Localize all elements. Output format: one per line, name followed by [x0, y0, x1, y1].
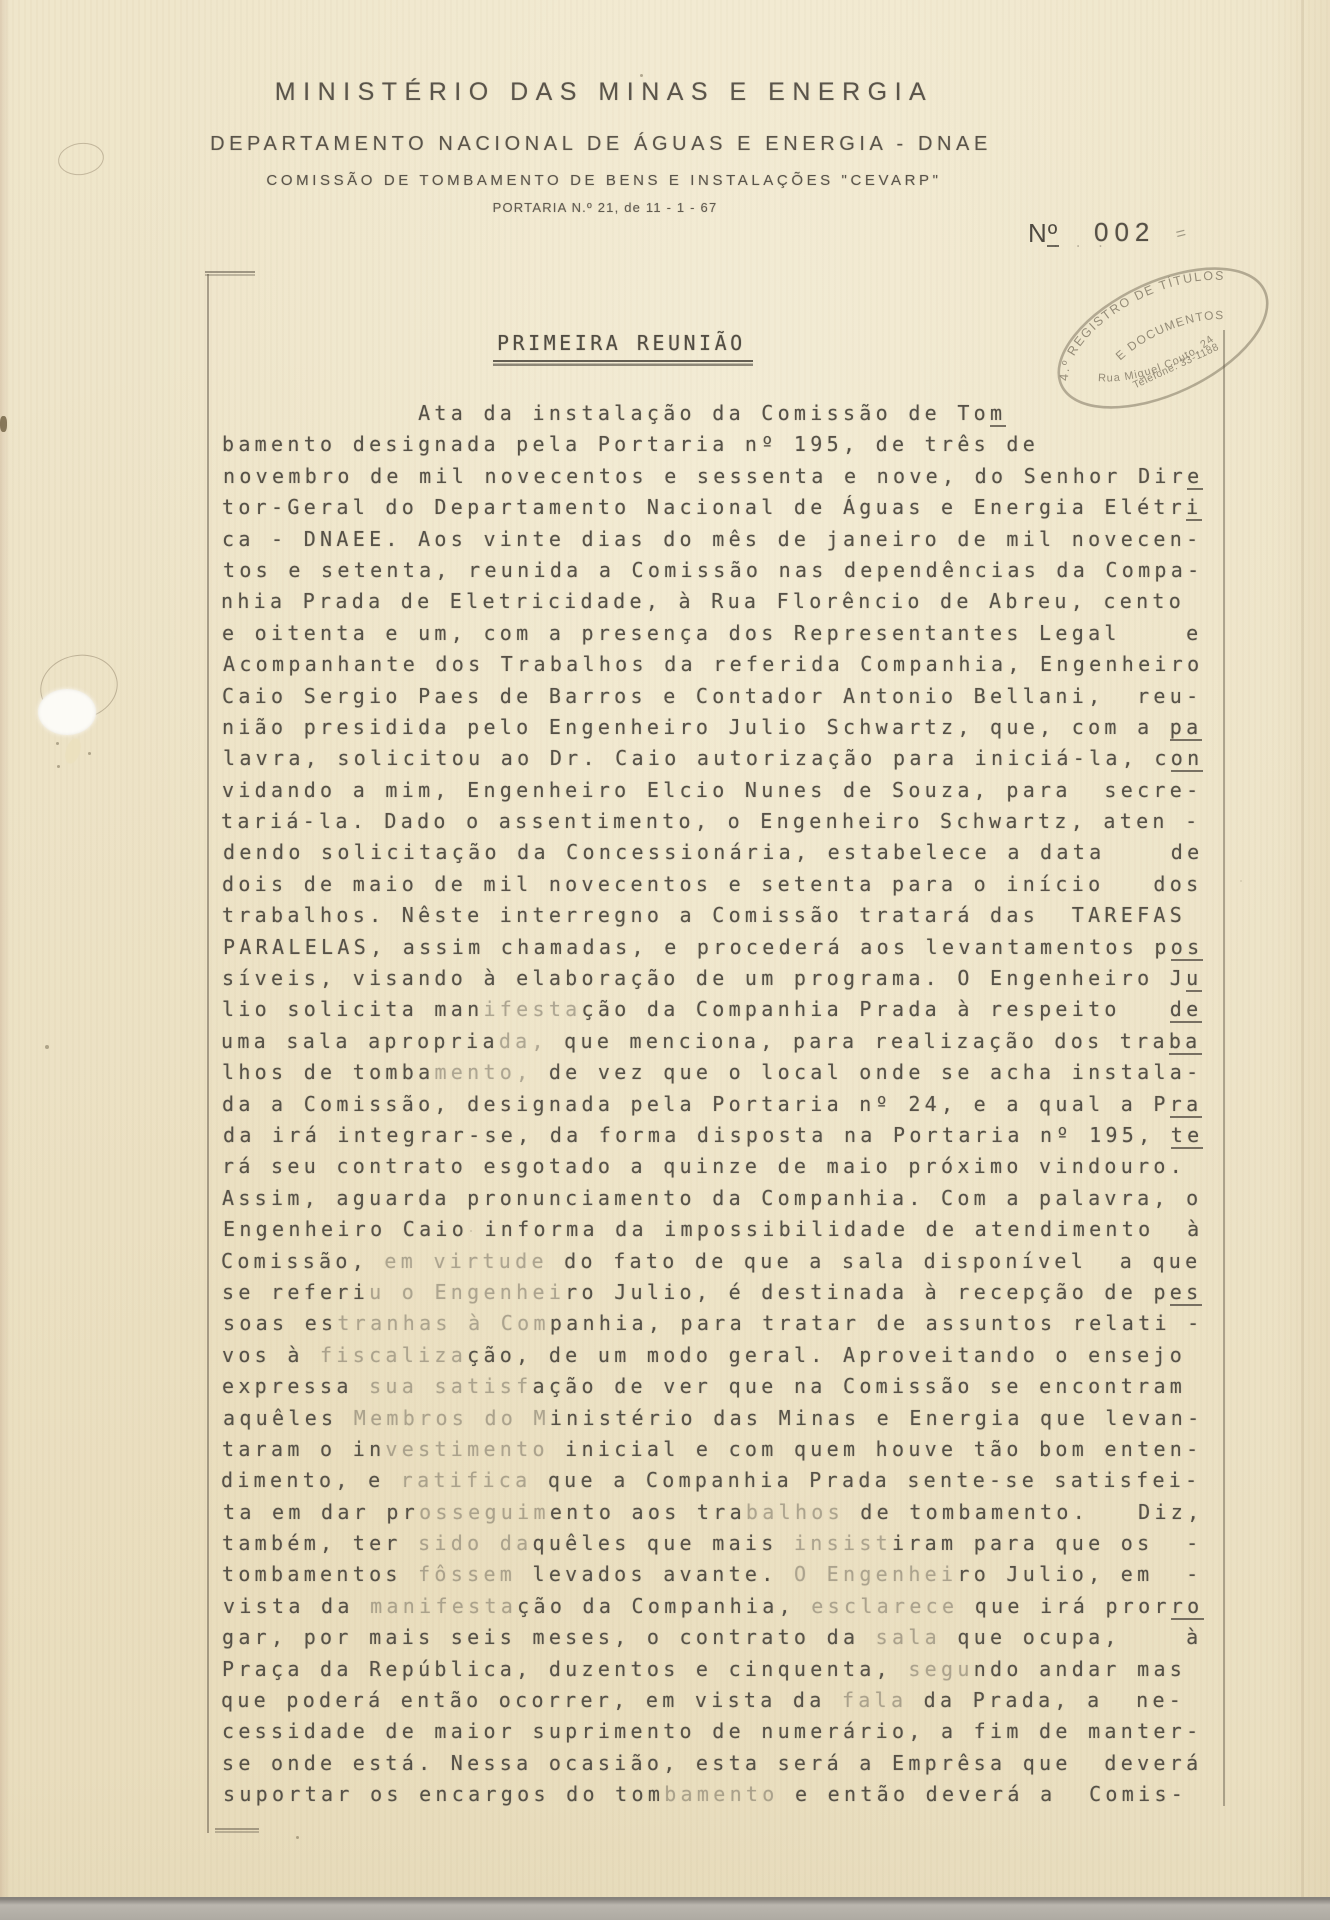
body-line: Ata da instalação da Comissão de Tom	[222, 398, 1203, 429]
hyphenation-underline: e	[1187, 464, 1203, 490]
body-line: da irá integrar-se, da forma disposta na…	[223, 1120, 1204, 1151]
text-segment: quêles que mais	[532, 1531, 793, 1555]
body-line: lhos de tombamento, de vez que o local o…	[222, 1057, 1203, 1088]
body-line: também, ter sido daquêles que mais insis…	[222, 1528, 1203, 1559]
punch-hole	[38, 689, 96, 735]
text-segment: tombamentos	[222, 1562, 418, 1586]
hyphenation-underline: os	[1171, 935, 1204, 961]
faded-text: balhos	[746, 1500, 844, 1524]
speck	[45, 1045, 49, 1049]
body-line: rá seu contrato esgotado a quinze de mai…	[222, 1151, 1203, 1182]
text-segment: lio solicita man	[222, 997, 483, 1021]
punch-hole-chad	[62, 736, 83, 765]
text-segment: lhos de tomba	[222, 1060, 434, 1084]
ink-speck	[0, 416, 7, 432]
faded-text: u o Engenhei	[369, 1280, 565, 1304]
text-segment: rá seu contrato esgotado a quinze de mai…	[222, 1154, 1186, 1178]
text-segment: suportar os encargos do tom	[223, 1782, 664, 1806]
text-segment: dimento, e	[221, 1468, 401, 1492]
text-segment: que a Companhia Prada sente-se satisfei-	[532, 1468, 1202, 1492]
text-segment: panhia, para tratar de assuntos relati -	[550, 1311, 1204, 1335]
text-segment: ento aos tra	[550, 1500, 746, 1524]
hyphenation-underline: es	[1170, 1280, 1203, 1306]
body-line: ta em dar prosseguimento aos trabalhos d…	[223, 1497, 1204, 1528]
hyphenation-underline: on	[1171, 746, 1204, 772]
text-segment: síveis, visando à elaboração de um progr…	[222, 966, 1186, 990]
body-line: Praça da República, duzentos e cinquenta…	[222, 1654, 1203, 1685]
text-segment: vidando a mim, Engenheiro Elcio Nunes de…	[222, 778, 1202, 802]
letterhead-portaria: PORTARIA N.º 21, de 11 - 1 - 67	[493, 200, 718, 215]
document-title: PRIMEIRA REUNIÃO	[497, 331, 746, 355]
text-segment: que ocupa, à	[941, 1625, 1202, 1649]
body-line: dendo solicitação da Concessionária, est…	[223, 837, 1204, 868]
text-segment: inistério das Minas e Energia que levan-	[550, 1406, 1204, 1430]
body-line: dois de maio de mil novecentos e setenta…	[222, 869, 1203, 900]
body-line: Acompanhante dos Trabalhos da referida C…	[223, 649, 1204, 680]
text-segment: PARALELAS, assim chamadas, e procederá a…	[223, 935, 1171, 959]
body-line: que poderá então ocorrer, em vista da fa…	[221, 1685, 1202, 1716]
body-line: tos e setenta, reunida a Comissão nas de…	[223, 555, 1204, 586]
body-line: nião presidida pelo Engenheiro Julio Sch…	[222, 712, 1203, 743]
body-line: e oitenta e um, com a presença dos Repre…	[222, 618, 1203, 649]
faded-text: sua satisf	[369, 1374, 532, 1398]
speck	[57, 765, 60, 768]
hyphenation-underline: ra	[1170, 1092, 1203, 1118]
text-segment: que poderá então ocorrer, em vista da	[221, 1688, 842, 1712]
text-segment: de tombamento. Diz,	[844, 1500, 1204, 1524]
faded-text: osseguim	[419, 1500, 550, 1524]
body-line: nhia Prada de Eletricidade, à Rua Florên…	[221, 586, 1202, 617]
text-segment: Acompanhante dos Trabalhos da referida C…	[223, 652, 1203, 676]
letterhead-ministry: MINISTÉRIO DAS MINAS E ENERGIA	[275, 78, 933, 107]
text-segment: inicial e com quem houve tão bom enten-	[549, 1437, 1203, 1461]
body-line: expressa sua satisfação de ver que na Co…	[222, 1371, 1203, 1402]
letterhead-department: DEPARTAMENTO NACIONAL DE ÁGUAS E ENERGIA…	[210, 133, 992, 156]
body-line: uma sala apropriada, que menciona, para …	[221, 1026, 1202, 1057]
text-segment: ro Julio, em -	[957, 1562, 1202, 1586]
body-line: Assim, aguarda pronunciamento da Companh…	[222, 1183, 1203, 1214]
faded-text: vestimento	[385, 1437, 548, 1461]
hyphenation-underline: de	[1170, 997, 1203, 1023]
text-segment: e então deverá a Comis-	[779, 1782, 1188, 1806]
text-segment: ção da Companhia,	[517, 1594, 811, 1618]
hyphenation-underline: u	[1186, 966, 1202, 992]
frame-right-border	[1223, 330, 1225, 1806]
text-segment: da a Comissão, designada pela Portaria n…	[222, 1092, 1170, 1116]
number-trailing-dash: =	[1174, 223, 1188, 245]
body-line: PARALELAS, assim chamadas, e procederá a…	[223, 932, 1204, 963]
pencil-oval-mark	[56, 140, 106, 178]
faded-text: da,	[499, 1029, 548, 1053]
faded-text: manifesta	[370, 1594, 517, 1618]
faded-text: mento,	[434, 1060, 532, 1084]
text-segment: Comissão,	[221, 1249, 384, 1273]
frame-left-border	[207, 274, 209, 1833]
text-segment: ção da Companhia Prada à respeito	[582, 997, 1170, 1021]
speck	[88, 752, 91, 755]
body-line: vista da manifestação da Companhia, escl…	[223, 1591, 1204, 1622]
text-segment: tos e setenta, reunida a Comissão nas de…	[223, 558, 1203, 582]
text-segment: aquêles	[223, 1406, 354, 1430]
faded-text: ifesta	[483, 997, 581, 1021]
body-line: dimento, e ratifica que a Companhia Prad…	[221, 1465, 1202, 1496]
text-segment: gar, por mais seis meses, o contrato da	[222, 1625, 876, 1649]
body-line: Caio Sergio Paes de Barros e Contador An…	[222, 681, 1203, 712]
text-segment: ação de ver que na Comissão se encontram	[533, 1374, 1187, 1398]
text-segment: se referi	[222, 1280, 369, 1304]
text-segment: que menciona, para realização dos tra	[548, 1029, 1169, 1053]
text-segment: também, ter	[222, 1531, 418, 1555]
speck	[296, 1836, 299, 1839]
body-line: cessidade de maior suprimento de numerár…	[222, 1716, 1203, 1747]
text-segment: Praça da República, duzentos e cinquenta…	[222, 1657, 908, 1681]
body-line: lio solicita manifestação da Companhia P…	[222, 994, 1203, 1025]
text-segment: novembro de mil novecentos e sessenta e …	[223, 464, 1187, 488]
speck	[640, 74, 643, 77]
text-segment: dendo solicitação da Concessionária, est…	[223, 840, 1203, 864]
text-segment: tariá-la. Dado o assentimento, o Engenhe…	[221, 809, 1201, 833]
text-segment: Caio Sergio Paes de Barros e Contador An…	[222, 684, 1202, 708]
body-line: síveis, visando à elaboração de um progr…	[222, 963, 1203, 994]
speck	[56, 742, 59, 745]
body-line: ca - DNAEE. Aos vinte dias do mês de jan…	[222, 524, 1203, 555]
body-line: aquêles Membros do Ministério das Minas …	[223, 1403, 1204, 1434]
hyphenation-underline: m	[990, 401, 1006, 427]
text-segment: vista da	[223, 1594, 370, 1618]
faded-text: insist	[794, 1531, 892, 1555]
hyphenation-underline: ro	[1171, 1594, 1204, 1620]
body-line: taram o investimento inicial e com quem …	[222, 1434, 1203, 1465]
hyphenation-underline: ba	[1169, 1029, 1202, 1055]
frame-bottom-left-corner	[215, 1828, 259, 1833]
faded-text: sido da	[418, 1531, 532, 1555]
faded-text: fôssem	[418, 1562, 516, 1586]
speck	[1240, 880, 1242, 882]
body-line: Comissão, em virtude do fato de que a sa…	[221, 1246, 1202, 1277]
faded-text: fiscaliza	[320, 1343, 467, 1367]
text-segment: trabalhos. Nêste interregno a Comissão t…	[222, 903, 1186, 927]
faded-text: sala	[876, 1625, 941, 1649]
text-segment: da irá integrar-se, da forma disposta na…	[223, 1123, 1171, 1147]
body-line: tariá-la. Dado o assentimento, o Engenhe…	[221, 806, 1202, 837]
body-line: tor-Geral do Departamento Nacional de Ág…	[222, 492, 1203, 523]
text-segment: da Prada, a ne-	[907, 1688, 1185, 1712]
document-number-value: 002	[1094, 217, 1155, 248]
faded-text: segu	[908, 1657, 973, 1681]
body-line: vidando a mim, Engenheiro Elcio Nunes de…	[222, 775, 1203, 806]
text-segment: Ata da instalação da Comissão de To	[222, 401, 990, 425]
scan-left-edge-shadow	[0, 0, 10, 1920]
faded-text: tranhas à Com	[337, 1311, 549, 1335]
body-line: Engenheiro Caio informa da impossibilida…	[223, 1214, 1204, 1245]
text-segment: se onde está. Nessa ocasião, esta será a…	[222, 1751, 1202, 1775]
text-segment: soas es	[223, 1311, 337, 1335]
body-line: se referiu o Engenheiro Julio, é destina…	[222, 1277, 1203, 1308]
text-segment: expressa	[222, 1374, 369, 1398]
body-line: gar, por mais seis meses, o contrato da …	[222, 1622, 1203, 1653]
text-segment: bamento designada pela Portaria nº 195, …	[222, 432, 1039, 456]
text-segment: lavra, solicitou ao Dr. Caio autorização…	[223, 746, 1171, 770]
body-line: novembro de mil novecentos e sessenta e …	[223, 461, 1204, 492]
hyphenation-underline: te	[1171, 1123, 1204, 1149]
faded-text: ratifica	[401, 1468, 532, 1492]
faded-text: O Engenhei	[794, 1562, 957, 1586]
text-segment: levados avante.	[516, 1562, 794, 1586]
faded-text: esclarece	[811, 1594, 958, 1618]
faded-text: bamento	[664, 1782, 778, 1806]
faded-text: Membros do M	[354, 1406, 550, 1430]
text-segment: ção, de um modo geral. Aproveitando o en…	[467, 1343, 1186, 1367]
text-segment: nião presidida pelo Engenheiro Julio Sch…	[222, 715, 1170, 739]
text-segment: que irá pror	[958, 1594, 1170, 1618]
text-segment: taram o in	[222, 1437, 385, 1461]
body-line: lavra, solicitou ao Dr. Caio autorização…	[223, 743, 1204, 774]
text-segment: Assim, aguarda pronunciamento da Companh…	[222, 1186, 1202, 1210]
text-segment: Engenheiro Caio informa da impossibilida…	[223, 1217, 1203, 1241]
body-line: suportar os encargos do tombamento e ent…	[223, 1779, 1204, 1810]
text-segment: ca - DNAEE. Aos vinte dias do mês de jan…	[222, 527, 1202, 551]
body-text: Ata da instalação da Comissão de Tombame…	[222, 398, 1203, 1811]
text-segment: e oitenta e um, com a presença dos Repre…	[222, 621, 1202, 645]
faded-text: fala	[842, 1688, 907, 1712]
body-line: se onde está. Nessa ocasião, esta será a…	[222, 1748, 1203, 1779]
text-segment: ro Julio, é destinada à recepção de p	[565, 1280, 1170, 1304]
text-segment: tor-Geral do Departamento Nacional de Ág…	[222, 495, 1186, 519]
body-line: vos à fiscalização, de um modo geral. Ap…	[222, 1340, 1203, 1371]
text-segment: de vez que o local onde se acha instala-	[532, 1060, 1202, 1084]
body-line: soas estranhas à Companhia, para tratar …	[223, 1308, 1204, 1339]
body-line: tombamentos fôssem levados avante. O Eng…	[222, 1559, 1203, 1590]
text-segment: nhia Prada de Eletricidade, à Rua Florên…	[221, 589, 1185, 613]
text-segment: do fato de que a sala disponível a que	[548, 1249, 1202, 1273]
text-segment: uma sala apropria	[221, 1029, 499, 1053]
scanned-document-page: MINISTÉRIO DAS MINAS E ENERGIA DEPARTAME…	[0, 0, 1330, 1920]
hyphenation-underline: pa	[1170, 715, 1203, 741]
text-segment: iram para que os -	[892, 1531, 1202, 1555]
body-line: da a Comissão, designada pela Portaria n…	[222, 1089, 1203, 1120]
frame-top-left-corner	[205, 271, 255, 276]
paper-crease	[1301, 0, 1304, 1920]
text-segment: dois de maio de mil novecentos e setenta…	[222, 872, 1202, 896]
scanner-edge-strip	[0, 1897, 1330, 1920]
text-segment: vos à	[222, 1343, 320, 1367]
text-segment: ndo andar mas	[974, 1657, 1186, 1681]
letterhead-commission: COMISSÃO DE TOMBAMENTO DE BENS E INSTALA…	[266, 172, 941, 189]
body-line: bamento designada pela Portaria nº 195, …	[222, 429, 1203, 460]
body-line: trabalhos. Nêste interregno a Comissão t…	[222, 900, 1203, 931]
faded-text: em virtude	[384, 1249, 547, 1273]
hyphenation-underline: i	[1186, 495, 1202, 521]
title-underline	[493, 360, 753, 366]
text-segment: cessidade de maior suprimento de numerár…	[222, 1719, 1202, 1743]
text-segment: ta em dar pr	[223, 1500, 419, 1524]
